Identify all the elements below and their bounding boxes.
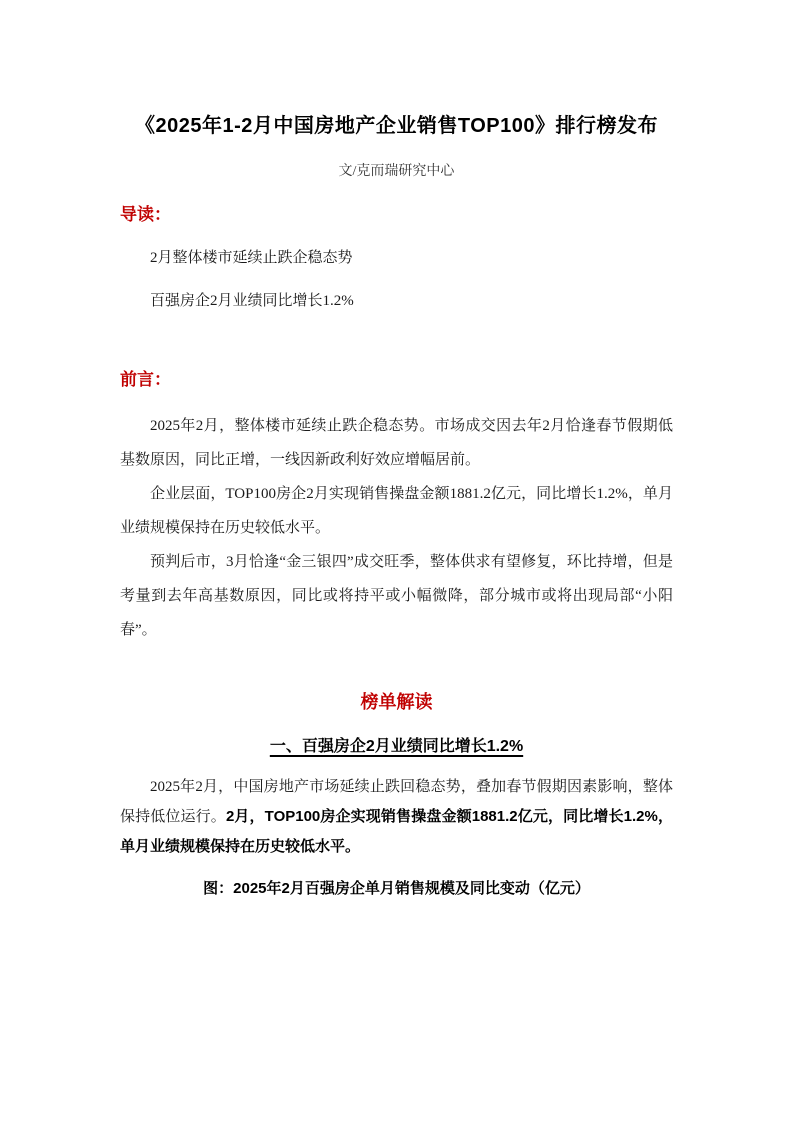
subsection-title: 一、百强房企2月业绩同比增长1.2% [120,738,673,756]
document-title: 《2025年1-2月中国房地产企业销售TOP100》排行榜发布 [120,112,673,140]
daodu-item-2: 百强房企2月业绩同比增长1.2% [120,293,673,310]
qianyan-paragraph-2: 企业层面，TOP100房企2月实现销售操盘金额1881.2亿元，同比增长1.2%… [120,477,673,545]
qianyan-heading: 前言： [120,370,673,389]
daodu-item-1: 2月整体楼市延续止跌企稳态势 [120,250,673,267]
figure-caption: 图：2025年2月百强房企单月销售规模及同比变动（亿元） [120,880,673,897]
daodu-heading: 导读： [120,205,673,224]
qianyan-paragraph-3: 预判后市，3月恰逢“金三银四”成交旺季，整体供求有望修复，环比持增，但是考量到去… [120,545,673,647]
subsection-title-text: 一、百强房企2月业绩同比增长1.2% [270,738,523,755]
byline: 文/克而瑞研究中心 [120,164,673,180]
analysis-paragraph: 2025年2月，中国房地产市场延续止跌回稳态势，叠加春节假期因素影响，整体保持低… [120,772,673,862]
section-title-bangdan-jiedu: 榜单解读 [120,692,673,712]
document-page: 《2025年1-2月中国房地产企业销售TOP100》排行榜发布 文/克而瑞研究中… [0,0,793,1122]
qianyan-paragraph-1: 2025年2月，整体楼市延续止跌企稳态势。市场成交因去年2月恰逢春节假期低基数原… [120,409,673,477]
